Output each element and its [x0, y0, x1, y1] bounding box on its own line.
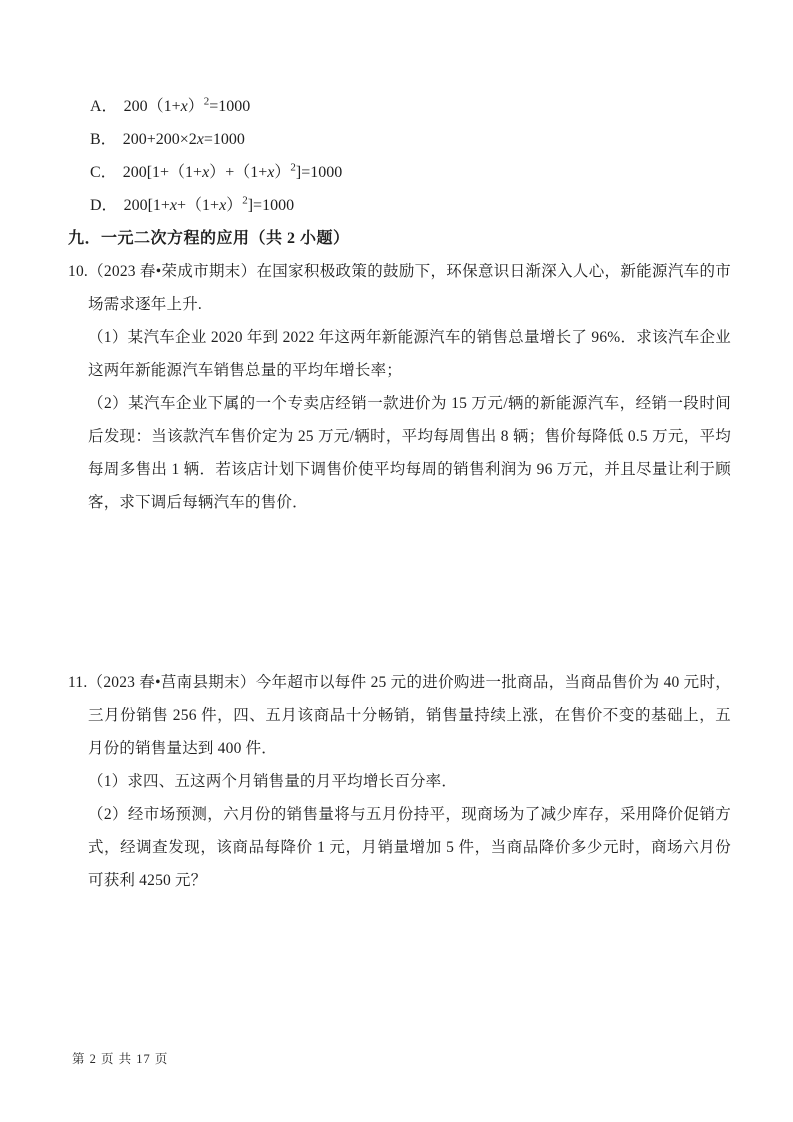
formula-segment: ）: [226, 197, 242, 214]
option-label: C．: [90, 164, 117, 181]
formula-segment: ]=1000: [296, 164, 342, 181]
option-row: B．200+200×2x=1000: [90, 123, 731, 156]
option-label: A．: [90, 98, 118, 115]
problem-10-part-2: （2）某汽车企业下属的一个专卖店经销一款进价为 15 万元/辆的新能源汽车，经销…: [68, 387, 731, 519]
formula-segment: ）: [274, 164, 290, 181]
formula-segment: =1000: [209, 98, 250, 115]
formula-segment: ）+（1+: [209, 164, 267, 181]
option-formula: 200（1+x）2=1000: [124, 98, 251, 115]
problem-10-number: 10.: [68, 263, 88, 280]
problem-10: 10.（2023 春•荣成市期末）在国家积极政策的鼓励下，环保意识日渐深入人心，…: [68, 255, 731, 519]
formula-segment: x: [197, 131, 204, 148]
formula-segment: 200（1+: [124, 98, 181, 115]
option-label: B．: [90, 131, 117, 148]
problem-10-source: （2023 春•荣成市期末）: [88, 263, 256, 280]
problem-10-intro: 10.（2023 春•荣成市期末）在国家积极政策的鼓励下，环保意识日渐深入人心，…: [68, 255, 731, 321]
formula-segment: =1000: [204, 131, 245, 148]
problem-11: 11.（2023 春•莒南县期末）今年超市以每件 25 元的进价购进一批商品，当…: [68, 666, 731, 897]
page-footer: 第 2 页 共 17 页: [72, 1050, 168, 1068]
choice-options: A．200（1+x）2=1000B．200+200×2x=1000C．200[1…: [68, 90, 731, 222]
option-formula: 200[1+x+（1+x）2]=1000: [124, 197, 295, 214]
problem-11-part-1: （1）求四、五这两个月销售量的月平均增长百分率．: [68, 765, 731, 798]
option-row: A．200（1+x）2=1000: [90, 90, 731, 123]
page-number-label: 第 2 页 共 17 页: [72, 1052, 168, 1066]
option-row: C．200[1+（1+x）+（1+x）2]=1000: [90, 156, 731, 189]
document-page: A．200（1+x）2=1000B．200+200×2x=1000C．200[1…: [0, 0, 793, 1122]
formula-segment: 200+200×2: [123, 131, 197, 148]
problem-11-part-2: （2）经市场预测，六月份的销售量将与五月份持平，现商场为了减少库存，采用降价促销…: [68, 798, 731, 897]
formula-segment: ）: [188, 98, 204, 115]
formula-segment: +（1+: [177, 197, 219, 214]
formula-segment: x: [181, 98, 188, 115]
formula-segment: x: [170, 197, 177, 214]
option-formula: 200+200×2x=1000: [123, 131, 245, 148]
option-formula: 200[1+（1+x）+（1+x）2]=1000: [123, 164, 343, 181]
page-content: A．200（1+x）2=1000B．200+200×2x=1000C．200[1…: [68, 90, 731, 897]
problem-10-part-1: （1）某汽车企业 2020 年到 2022 年这两年新能源汽车的销售总量增长了 …: [68, 321, 731, 387]
formula-segment: ]=1000: [248, 197, 294, 214]
formula-segment: 200[1+: [124, 197, 170, 214]
problem-11-source: （2023 春•莒南县期末）: [87, 674, 255, 691]
option-label: D．: [90, 197, 118, 214]
formula-segment: 200[1+（1+: [123, 164, 202, 181]
answer-space: [68, 519, 731, 666]
option-row: D．200[1+x+（1+x）2]=1000: [90, 189, 731, 222]
section-header: 九．一元二次方程的应用（共 2 小题）: [68, 222, 731, 255]
problem-11-number: 11.: [68, 674, 87, 691]
problem-11-intro: 11.（2023 春•莒南县期末）今年超市以每件 25 元的进价购进一批商品，当…: [68, 666, 731, 765]
